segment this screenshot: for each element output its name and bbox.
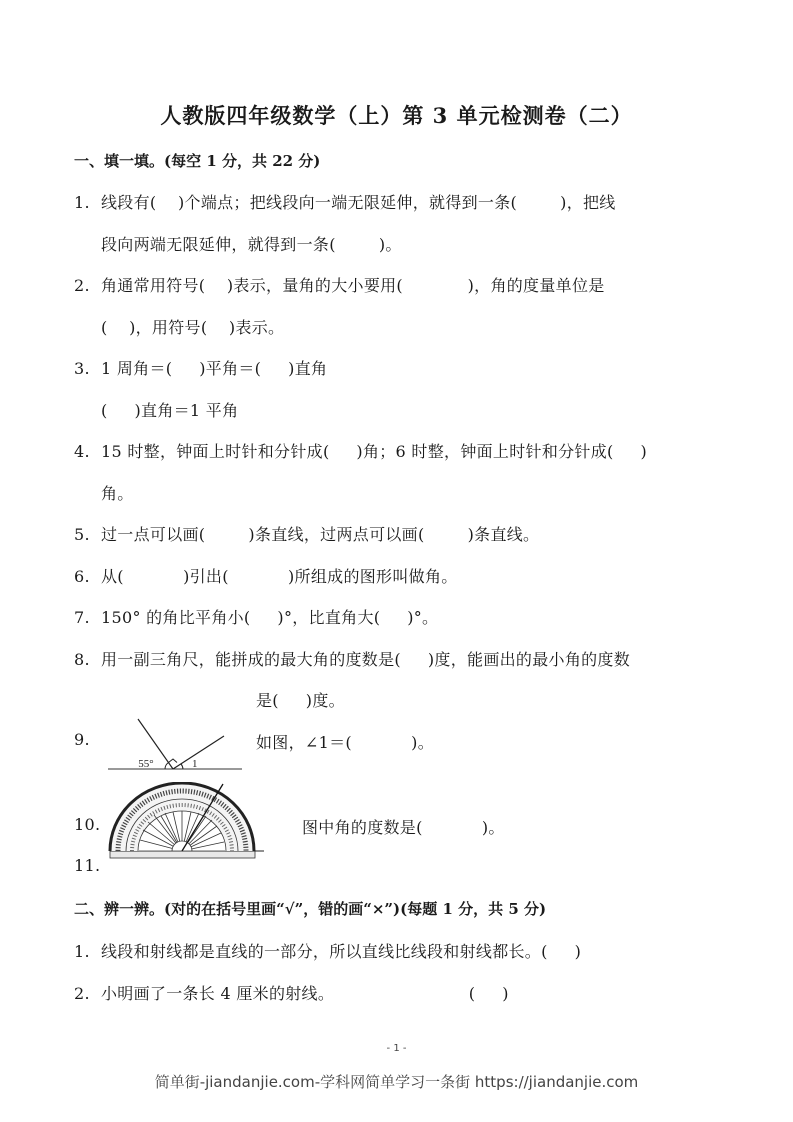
question-4-line-1: 4.15 时整，钟面上时针和分针成( )角；6 时整，钟面上时针和分针成( ) bbox=[74, 439, 647, 462]
page-number: - 1 - bbox=[0, 1043, 793, 1054]
footer-watermark: 简单街-jiandanjie.com-学科网简单学习一条街 https://ji… bbox=[0, 1071, 793, 1092]
question-7: 7.150° 的角比平角小( )°，比直角大( )°。 bbox=[74, 605, 438, 628]
question-9-text: 如图，∠1＝( )。 bbox=[256, 730, 434, 753]
question-6: 6.从( )引出( )所组成的图形叫做角。 bbox=[74, 564, 458, 587]
question-3-line-2: ( )直角＝1 平角 bbox=[101, 398, 238, 421]
question-9-number: 9. bbox=[74, 730, 90, 749]
tf-question-1: 1.线段和射线都是直线的一部分，所以直线比线段和射线都长。( ) bbox=[74, 939, 581, 962]
question-1-line-2: 段向两端无限延伸，就得到一条( )。 bbox=[101, 232, 402, 255]
protractor-figure bbox=[106, 782, 266, 864]
question-2-line-2: ( )，用符号( )表示。 bbox=[101, 315, 284, 338]
svg-text:55°: 55° bbox=[138, 758, 153, 770]
question-1-line-1: 1.线段有( )个端点；把线段向一端无限延伸，就得到一条( )，把线 bbox=[74, 190, 616, 213]
question-8-line-1: 8.用一副三角尺，能拼成的最大角的度数是( )度，能画出的最小角的度数 bbox=[74, 647, 630, 670]
tf-question-2: 2.小明画了一条长 4 厘米的射线。 ( ) bbox=[74, 981, 509, 1004]
question-4-line-2: 角。 bbox=[101, 481, 134, 504]
question-11-number: 11. bbox=[74, 856, 100, 875]
question-10-number: 10. bbox=[74, 815, 100, 834]
section-heading-true-false: 二、辨一辨。(对的在括号里画“√”，错的画“×”)(每题 1 分，共 5 分) bbox=[74, 898, 546, 919]
question-5: 5.过一点可以画( )条直线，过两点可以画( )条直线。 bbox=[74, 522, 539, 545]
question-2-line-1: 2.角通常用符号( )表示，量角的大小要用( )，角的度量单位是 bbox=[74, 273, 605, 296]
section-heading-fill-in: 一、填一填。(每空 1 分，共 22 分) bbox=[74, 150, 320, 171]
svg-text:1: 1 bbox=[192, 758, 198, 770]
page-title: 人教版四年级数学（上）第 3 单元检测卷（二） bbox=[0, 100, 793, 130]
question-8-line-2: 是( )度。 bbox=[256, 688, 345, 711]
question-3-line-1: 3.1 周角＝( )平角＝( )直角 bbox=[74, 356, 327, 379]
angle-figure: 55° 1 bbox=[106, 716, 246, 772]
question-10-text: 图中角的度数是( )。 bbox=[302, 815, 505, 838]
